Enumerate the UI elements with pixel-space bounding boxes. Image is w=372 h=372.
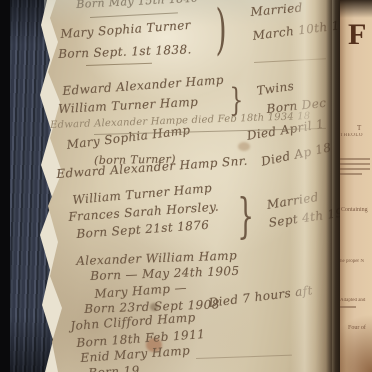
brace-icon: } [237, 192, 254, 240]
printed-fragment: The proper N [340, 259, 364, 264]
printed-text-blur [340, 163, 370, 165]
printed-text-blur [340, 168, 370, 170]
printed-title-page: F T THEOLO Containing The proper N Adapt… [340, 0, 372, 372]
printed-fragment: Containing [341, 207, 368, 213]
printed-text-blur [340, 306, 356, 308]
printed-text-blur [340, 173, 362, 175]
printed-fragment: T [357, 124, 361, 132]
printed-fragment: THEOLO [340, 133, 363, 138]
register-line: Born 19 [88, 364, 140, 372]
printed-fragment: Adapted and [340, 298, 365, 303]
printed-fragment: Four of [348, 325, 366, 331]
brace-icon: ) [215, 4, 226, 59]
printed-text-blur [340, 158, 370, 160]
printed-drop-cap: F [348, 20, 366, 50]
paper-stain [238, 142, 250, 151]
register-photo: Born May 15th 1840 Married Mary Sophia T… [0, 0, 372, 372]
brace-icon: } [229, 84, 243, 116]
